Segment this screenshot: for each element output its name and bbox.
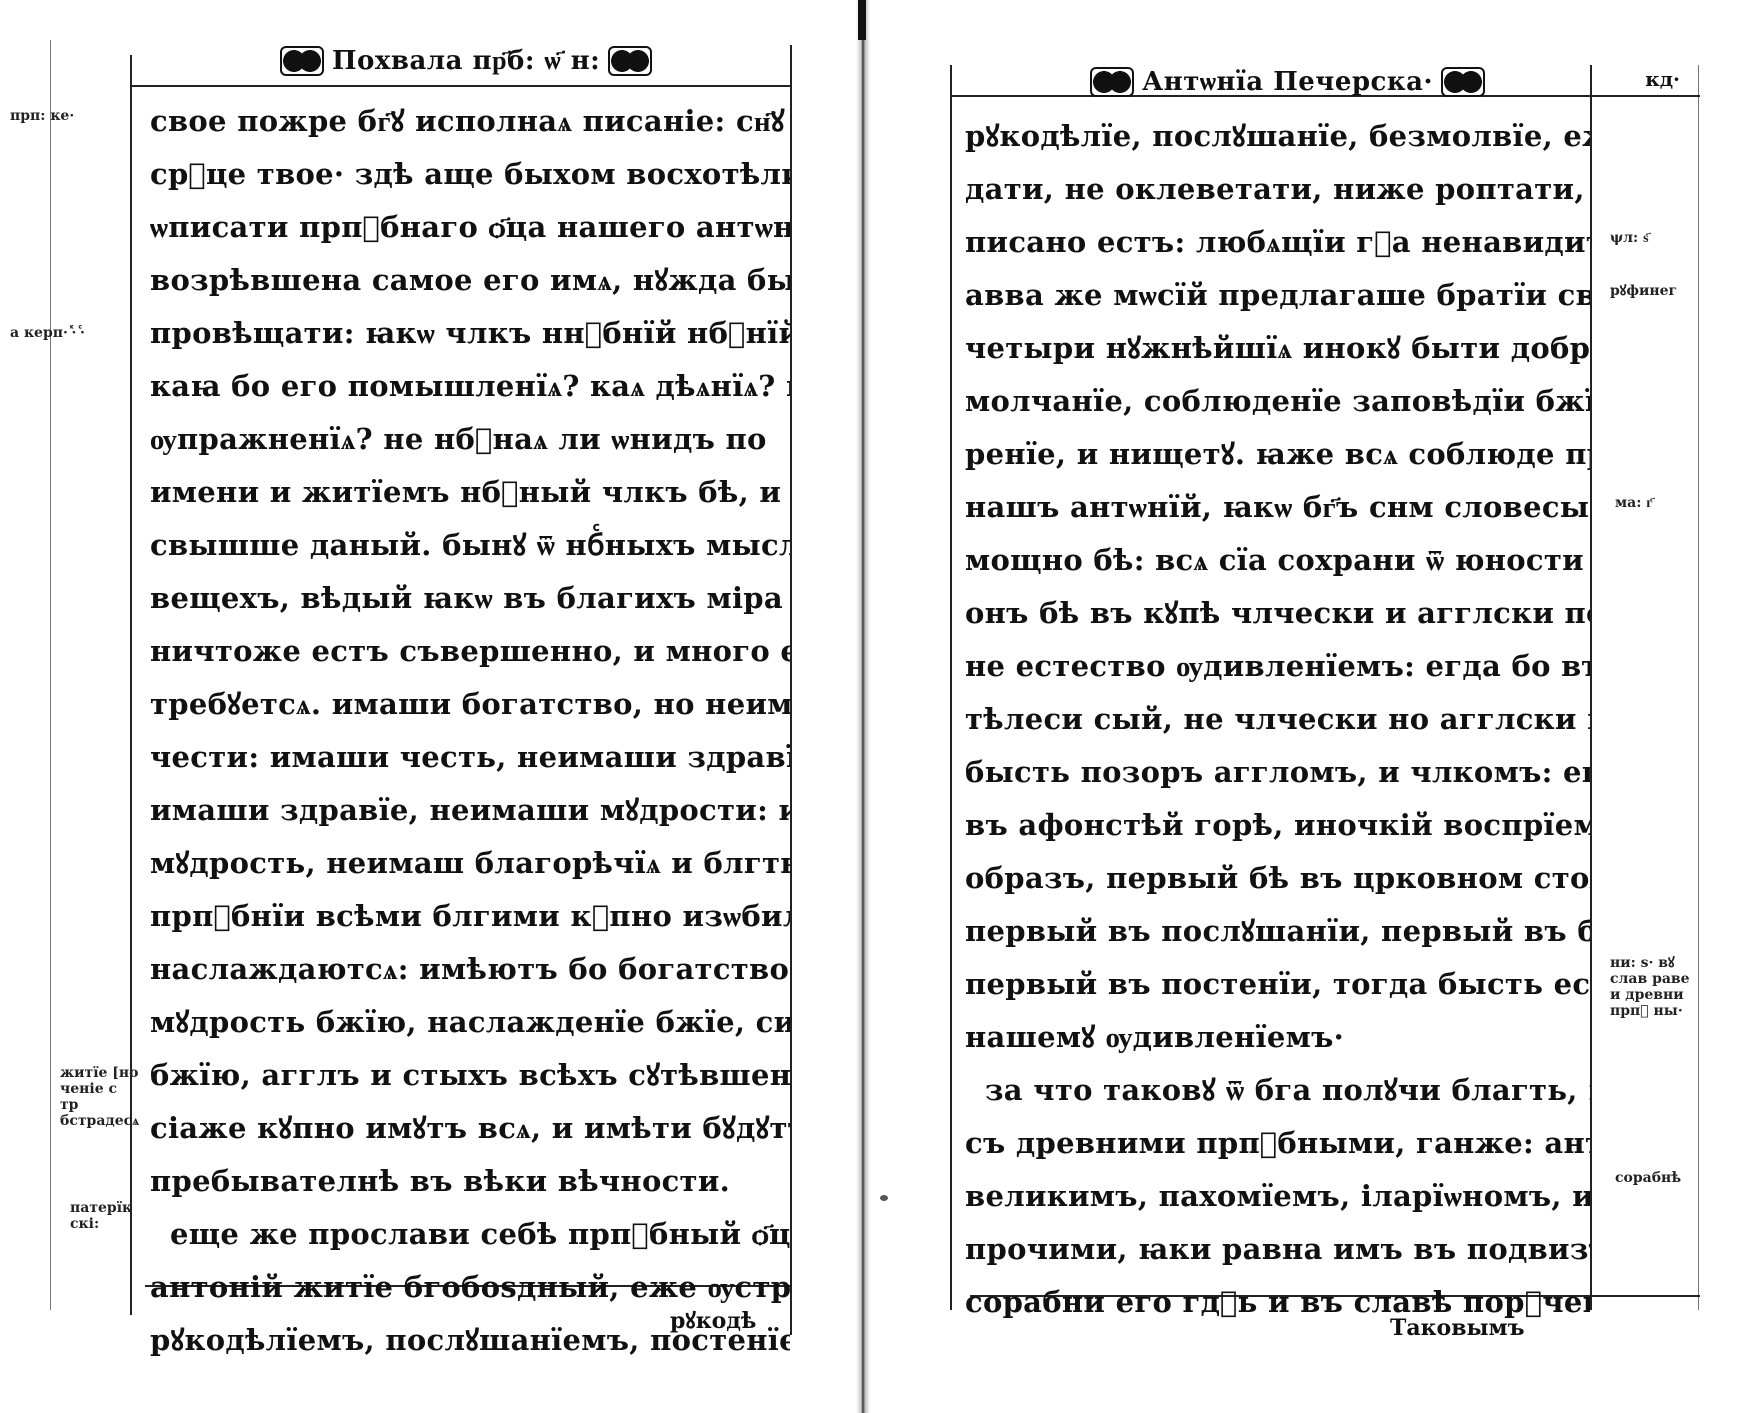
frame-right-rule xyxy=(790,45,792,1335)
marginal-note: рꙋфинег xyxy=(1610,283,1710,299)
text-line: онъ бѣ въ кꙋпѣ члчески и агглски позоръ, xyxy=(965,587,1590,640)
ink-speck xyxy=(880,1195,888,1201)
right-page: Антѡнїа Печерска· кд· рꙋкодѣлїе, послꙋша… xyxy=(950,55,1710,1355)
text-line: ѹпражненїѧ? не нбⷭнаѧ ли ѡнидъ по xyxy=(150,413,790,466)
catchword: Таковымъ xyxy=(1390,1315,1525,1341)
book-gutter xyxy=(856,0,870,1413)
text-line: бысть позоръ аггломъ, и члкомъ: егда же xyxy=(965,746,1590,799)
text-line: въ афонстѣй горѣ, иночкій воспрїемъ xyxy=(965,799,1590,852)
text-line: не естество ѹдивленїемъ: егда бо въ члче… xyxy=(965,640,1590,693)
folio-number: кд· xyxy=(1645,67,1680,91)
frame-top-rule xyxy=(130,85,792,87)
text-line: ѡписати прпⷣбнаго ѻ҃ца нашего антѡніа, xyxy=(150,201,790,254)
catchword: рꙋкодѣ xyxy=(670,1305,756,1335)
marginal-note: ма: г҃ xyxy=(1615,495,1705,511)
frame-right-rule xyxy=(1590,65,1592,1310)
ornament-icon xyxy=(280,46,324,76)
marginal-note: ни: ѕ· вꙋ слав раве и древни прпⷣ ны· xyxy=(1610,955,1705,1019)
text-line: авва же мѡсїй предлагаше братїи своей, xyxy=(965,269,1590,322)
text-line: нашъ антѡнїй, ꙗкѡ бг҃ъ снм словесы глт е… xyxy=(965,481,1590,534)
text-line: пребывателнѣ въ вѣки вѣчности. xyxy=(150,1155,790,1208)
text-line: за что таковꙋ ѿ бга полꙋчи благть, ꙗко xyxy=(965,1064,1590,1117)
main-text-block: рꙋкодѣлїе, послꙋшанїе, безмолвїе, еже не… xyxy=(965,110,1590,1329)
text-line: писано естъ: любѧщїи гⷣа ненавидите зла· xyxy=(965,216,1590,269)
marginal-note: сорабнѣ xyxy=(1615,1170,1705,1186)
text-line: рꙋкодѣлїе, послꙋшанїе, безмолвїе, еже не… xyxy=(965,110,1590,163)
left-page: Похвала пр҃б: ѡ҃ н: свое пожре бг҃ꙋ испо… xyxy=(50,40,810,1340)
ornament-icon xyxy=(1441,67,1485,97)
text-line: имени и житїемъ нбⷭный члкъ бѣ, и xyxy=(150,466,790,519)
text-line: вещехъ, вѣдый ꙗкѡ въ благихъ міра сегѡ xyxy=(150,572,790,625)
marginal-note: а керп· ⷦ· ⷭ· xyxy=(10,325,120,341)
text-line: имаши здравїе, неимаши мꙋдрости: имаши xyxy=(150,784,790,837)
main-text-block: свое пожре бг҃ꙋ исполнаѧ писаніе: сн҃ꙋ д… xyxy=(150,95,790,1367)
header-title: Антѡнїа Печерска· xyxy=(1142,67,1433,97)
marginal-note: ψл: ѕ҃ xyxy=(1610,230,1710,246)
header-title: Похвала пр҃б: ѡ҃ н: xyxy=(332,46,600,76)
frame-left-rule xyxy=(950,65,952,1310)
text-line: образъ, первый бѣ въ црковном стоѧнїи, xyxy=(965,852,1590,905)
text-line: наслаждаютсѧ: имѣютъ бо богатство бжїе, xyxy=(150,943,790,996)
text-line: возрѣвшена самое его имѧ, нꙋжда бы нам xyxy=(150,254,790,307)
marginal-note: житїе [но ченіе с тр бстрадесѧ xyxy=(60,1065,140,1129)
text-line: молчанїе, соблюденїе заповѣдїи бжїихъ, с… xyxy=(965,375,1590,428)
text-line: провѣщати: ꙗкѡ члкъ ннⷣбнїй нбⷭнїй. кажб… xyxy=(150,307,790,360)
margin-rule xyxy=(50,40,51,1310)
ornament-icon xyxy=(608,46,652,76)
text-line: свышше даный. бынꙋ ѿ нбⷭныхъ мыслѧше xyxy=(150,519,790,572)
text-line: мꙋдрость бжїю, наслажденїе бжїе, силꙋ xyxy=(150,996,790,1049)
text-line: каꙗ бо его помышленїѧ? каѧ дѣѧнїѧ? каѧ xyxy=(150,360,790,413)
gutter-shadow xyxy=(858,0,866,40)
text-line: прпⷣбнїи всѣми блгими кꙋпно изѡбилꙋемни, xyxy=(150,890,790,943)
text-line: бжїю, агглъ и стыхъ всѣхъ сꙋтѣвшенїе, xyxy=(150,1049,790,1102)
text-line: съ древними прпⷣбными, ганже: антоніемъ xyxy=(965,1117,1590,1170)
ornament-icon xyxy=(1090,67,1134,97)
text-line: свое пожре бг҃ꙋ исполнаѧ писаніе: сн҃ꙋ д… xyxy=(150,95,790,148)
marginal-note: патерїк скі: xyxy=(70,1200,140,1232)
text-line: нашемꙋ ѹдивленїемъ· xyxy=(965,1011,1590,1064)
text-line: ренїе, и нищетꙋ. ꙗже всѧ соблюде прпⷣбны… xyxy=(965,428,1590,481)
manuscript-spread: Похвала пр҃б: ѡ҃ н: свое пожре бг҃ꙋ испо… xyxy=(0,0,1752,1413)
text-line: сіаже кꙋпно имꙋтъ всѧ, и имѣти бꙋдꙋтъ xyxy=(150,1102,790,1155)
text-line: дати, не оклеветати, ниже роптати, зане xyxy=(965,163,1590,216)
text-line: мощно бѣ: всѧ сїа сохрани ѿ юности моеѧ. xyxy=(965,534,1590,587)
margin-rule xyxy=(1698,65,1699,1310)
text-line: требꙋетсѧ. имаши богатство, но неимаши xyxy=(150,678,790,731)
text-line: ничтоже естъ съвершенно, и много еще вне xyxy=(150,625,790,678)
text-line: тѣлеси сый, не члчески но агглски пожив,… xyxy=(965,693,1590,746)
text-line: прочими, ꙗки равна имъ въ подвизѣхъ, xyxy=(965,1223,1590,1276)
text-line: мꙋдрость, неимаш благорѣчїѧ и блгтн. на … xyxy=(150,837,790,890)
marginal-note: прп: ке· xyxy=(10,108,120,124)
text-line: четыри нꙋжнѣйшїѧ инокꙋ быти добродѣтели: xyxy=(965,322,1590,375)
running-header: Антѡнїа Печерска· xyxy=(1090,63,1485,101)
text-line: срⷣце твое· здѣ аще быхом восхотѣли xyxy=(150,148,790,201)
text-line: первый въ послꙋшанїи, первый въ бдѣнїи, xyxy=(965,905,1590,958)
running-header: Похвала пр҃б: ѡ҃ н: xyxy=(280,42,652,80)
text-line: первый въ постенїи, тогда бысть естествꙋ xyxy=(965,958,1590,1011)
text-line: еще же прослави себѣ прпⷣбный ѻ҃цъ нашъ xyxy=(150,1208,790,1261)
text-line: чести: имаши честь, неимаши здравїѧ: xyxy=(150,731,790,784)
text-line: великимъ, пахомїемъ, іларїѡномъ, и xyxy=(965,1170,1590,1223)
